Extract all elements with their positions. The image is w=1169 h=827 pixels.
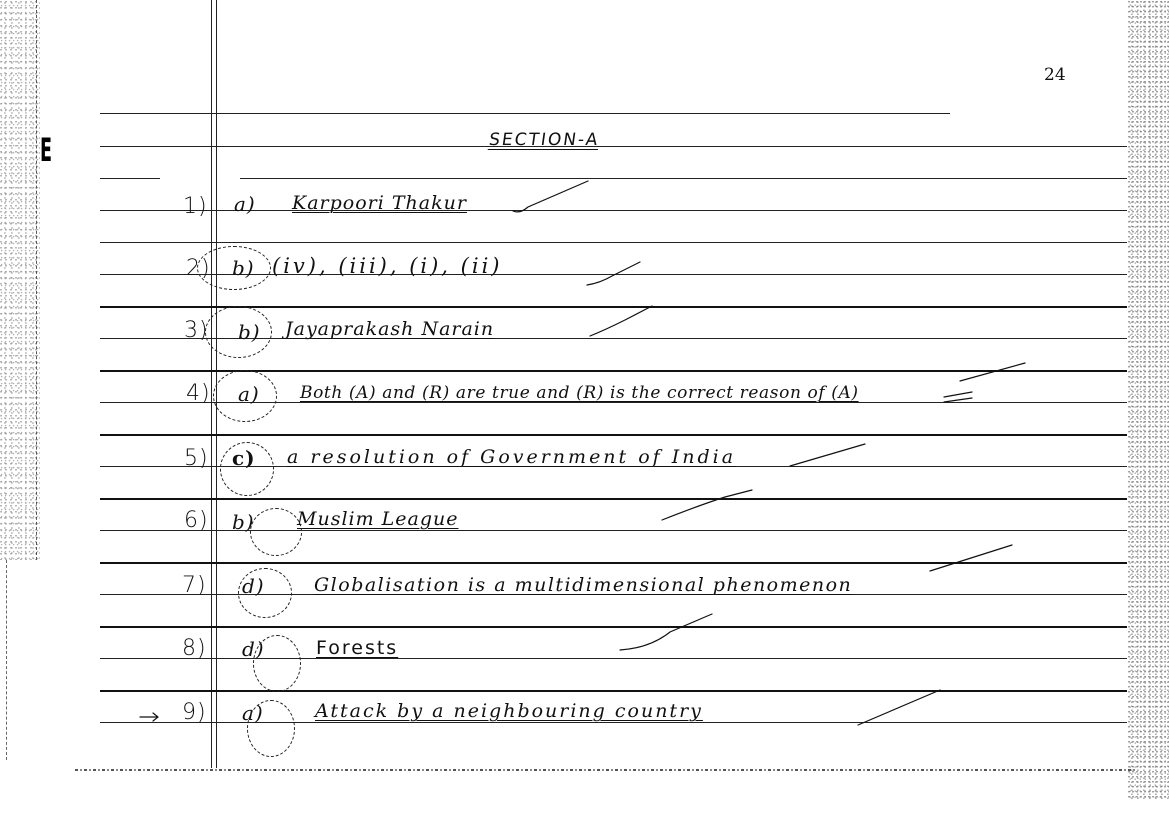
check-mark-icon (662, 490, 752, 520)
check-mark-icon (960, 363, 1025, 381)
check-mark-icon (587, 262, 640, 285)
check-mark-icon (620, 614, 712, 650)
check-mark-icon (930, 545, 1012, 571)
check-mark-icon (858, 690, 940, 725)
arrow-mark-icon (140, 713, 158, 721)
strike-mark (944, 392, 972, 402)
check-mark-icon (790, 444, 865, 466)
check-mark-icon (513, 181, 588, 212)
evaluator-check-marks (0, 0, 1169, 827)
check-mark-icon (590, 306, 652, 336)
answer-sheet-page: E 24 SECTION-A 1) a) Karpoori Thakur 2) … (0, 0, 1169, 827)
